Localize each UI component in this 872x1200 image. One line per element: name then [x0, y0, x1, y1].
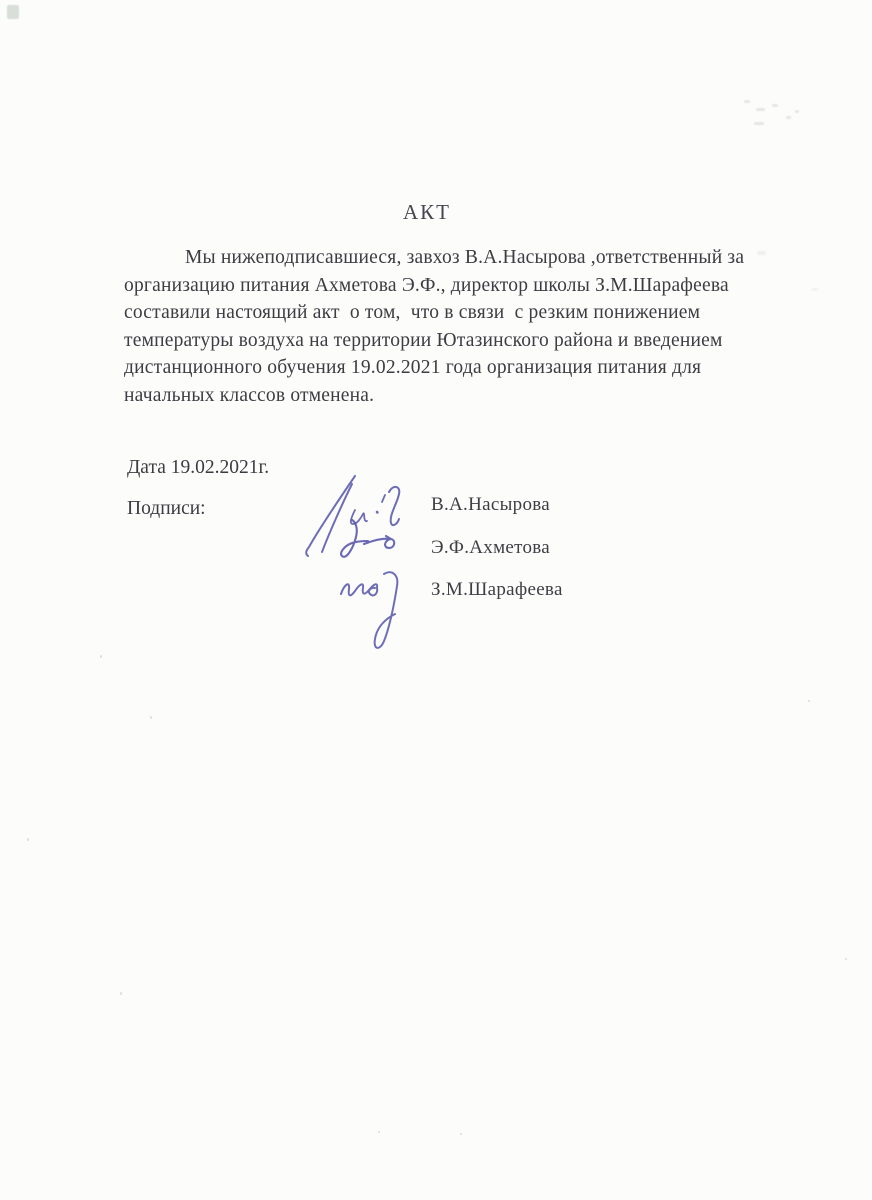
- paragraph-line: составили настоящий акт о том, что в свя…: [124, 299, 764, 327]
- document-title: АКТ: [0, 200, 854, 225]
- scan-speck: [786, 116, 791, 119]
- scan-speck: [756, 108, 765, 111]
- scan-smudge: [7, 5, 19, 19]
- signature-sharafeeva: [341, 572, 397, 648]
- scan-speck: [150, 716, 152, 719]
- paragraph-line: температуры воздуха на территории Ютазин…: [124, 327, 764, 355]
- scan-speck: [460, 1133, 462, 1135]
- scan-speck: [772, 104, 778, 107]
- scan-speck: [744, 100, 750, 103]
- paragraph-line: дистанционного обучения 19.02.2021 года …: [124, 354, 764, 382]
- scan-speck: [845, 958, 847, 960]
- document-body: Мы нижеподписавшиеся, завхоз В.А.Насыров…: [124, 244, 764, 410]
- paragraph-line: начальных классов отменена.: [124, 382, 764, 410]
- signature-akhmetova: [341, 520, 394, 557]
- signatory-name: З.М.Шарафеева: [431, 579, 563, 601]
- scan-speck: [795, 110, 799, 113]
- paragraph-line: Мы нижеподписавшиеся, завхоз В.А.Насыров…: [124, 244, 764, 272]
- signatures-label: Подписи:: [127, 498, 206, 520]
- scan-speck: [27, 838, 29, 841]
- signatory-name: В.А.Насырова: [431, 494, 550, 516]
- scan-speck: [754, 122, 764, 125]
- date-line: Дата 19.02.2021г.: [127, 457, 269, 479]
- scan-speck: [120, 992, 122, 995]
- paragraph-line: организацию питания Ахметова Э.Ф., дирек…: [124, 272, 764, 300]
- scan-speck: [808, 700, 810, 702]
- scan-speck: [100, 655, 102, 658]
- signatory-name: Э.Ф.Ахметова: [431, 537, 550, 559]
- scan-speck: [812, 288, 818, 291]
- scanned-document-page: АКТ Мы нижеподписавшиеся, завхоз В.А.Нас…: [0, 0, 872, 1200]
- handwritten-signatures: [298, 462, 428, 662]
- scan-speck: [378, 1131, 380, 1133]
